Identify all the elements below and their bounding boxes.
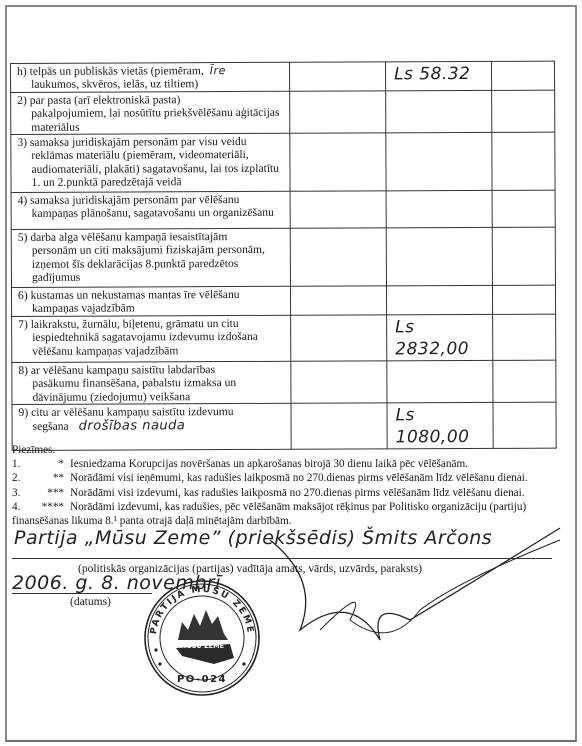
expense-col-4	[492, 190, 555, 227]
expense-description: 7) laikrakstu, žurnālu, biļetenu, grāmat…	[12, 315, 291, 362]
note-number: 4.	[12, 500, 34, 514]
expense-description: 8) ar vēlēšanu kampaņu saistītu labdarīb…	[12, 361, 291, 404]
expense-col-4	[492, 132, 555, 190]
note-item: 3.***Norādāmi visi izdevumi, kas radušie…	[12, 486, 572, 500]
expense-label-continued: kampaņas plānošanu, sagatavošanu un orga…	[18, 206, 286, 221]
expense-label-continued: laukumos, skvēros, ielās, uz tiltiem)	[17, 77, 285, 92]
date-caption: (datums)	[70, 596, 111, 608]
table-row: 7) laikrakstu, žurnālu, biļetenu, grāmat…	[12, 314, 556, 362]
note-item: 2.**Norādāmi visi ieņēmumi, kas radušies…	[12, 471, 572, 485]
expenses-table: h) telpās un publiskās vietās (piemēram,…	[10, 61, 557, 452]
table-row: 8) ar vēlēšanu kampaņu saistītu labdarīb…	[12, 360, 556, 405]
note-number: 3.	[12, 486, 34, 500]
table-row: 6) kustamas un nekustamas mantas īre vēl…	[11, 285, 555, 316]
expense-label-continued: reklāmas materiālu (piemēram, videomater…	[17, 148, 285, 189]
expense-amount	[386, 90, 492, 133]
expense-label: 7) laikrakstu, žurnālu, biļetenu, grāmat…	[18, 317, 286, 332]
expense-amount	[386, 190, 492, 227]
expense-label-continued: pakalpojumiem, lai nosūtītu priekšvēlēša…	[17, 106, 285, 134]
expense-col-4	[493, 314, 556, 360]
expense-amount	[386, 285, 492, 314]
note-stars: *	[34, 457, 70, 471]
handwritten-note: Īre	[210, 64, 226, 77]
expense-label: 6) kustamas un nekustamas mantas īre vēl…	[18, 288, 286, 303]
expense-col-4	[492, 90, 555, 132]
expense-col-2	[290, 91, 386, 134]
expense-col-2	[290, 228, 386, 286]
date-line	[12, 593, 152, 594]
expense-col-4	[493, 402, 556, 448]
expense-label-continued: kampaņas vajadzībām	[18, 301, 286, 316]
expense-description: 5) darba alga vēlēšanu kampaņā iesaistīt…	[11, 228, 290, 287]
handwritten-note: drošības nauda	[79, 418, 186, 433]
expense-amount: Ls 2832,00	[387, 314, 493, 360]
expense-col-4	[492, 227, 555, 285]
expense-col-2	[291, 315, 387, 361]
note-item: 4.****Norādāmi izdevumi, kas radušies, p…	[12, 500, 572, 514]
note-stars: ***	[34, 486, 70, 500]
expense-col-2	[290, 286, 386, 315]
notes-section: Piezīmes. 1.*Iesniedzama Korupcijas novē…	[12, 443, 572, 528]
table-row: 3) samaksa juridiskajām personām par vis…	[11, 132, 555, 192]
svg-text:PO-024: PO-024	[177, 674, 227, 685]
expense-amount	[386, 227, 492, 285]
party-stamp-icon: PARTIJA MŪSU ZEME MUSU ZEME PO-024	[142, 578, 262, 698]
note-text: Norādāmi izdevumi, kas radušies, pēc vēl…	[70, 500, 526, 514]
expense-label: 4) samaksa juridiskajām personām par vēl…	[18, 193, 286, 208]
table-row: 2) par pasta (arī elektroniskā pasta)pak…	[11, 90, 555, 135]
table-row: 5) darba alga vēlēšanu kampaņā iesaistīt…	[11, 227, 555, 287]
expense-description: 2) par pasta (arī elektroniskā pasta)pak…	[11, 91, 290, 134]
expense-description: 4) samaksa juridiskajām personām par vēl…	[11, 191, 290, 229]
note-item: 1.*Iesniedzama Korupcijas novēršanas un …	[12, 457, 572, 471]
expense-description: h) telpās un publiskās vietās (piemēram,…	[11, 62, 290, 92]
note-stars: ****	[34, 500, 70, 514]
note-text: Norādāmi visi izdevumi, kas radušies lai…	[70, 486, 525, 500]
expense-description: 6) kustamas un nekustamas mantas īre vēl…	[11, 286, 290, 316]
expense-label-continued: personām un citi maksājumi fiziskajām pe…	[18, 243, 286, 284]
svg-text:MUSU ZEME: MUSU ZEME	[180, 642, 224, 650]
expense-amount: Ls 58.32	[385, 61, 491, 90]
notes-title: Piezīmes.	[12, 443, 572, 457]
note-number: 2.	[12, 471, 34, 485]
signature-flourish-icon	[260, 520, 580, 670]
expense-label: 3) samaksa juridiskajām personām par vis…	[17, 135, 285, 150]
expense-col-2	[289, 62, 385, 91]
expense-description: 3) samaksa juridiskajām personām par vis…	[11, 133, 290, 192]
note-number: 1.	[12, 457, 34, 471]
expense-label: 5) darba alga vēlēšanu kampaņā iesaistīt…	[18, 230, 286, 245]
note-text: Iesniedzama Korupcijas novēršanas un apk…	[70, 457, 468, 471]
expense-label-continued: iespiedtehnikā sagatavojamu izdevumu izd…	[18, 330, 286, 358]
expense-label: h) telpās un publiskās vietās (piemēram,…	[17, 64, 285, 79]
expense-col-2	[290, 191, 386, 228]
expense-col-2	[290, 133, 386, 191]
expense-label: 8) ar vēlēšanu kampaņu saistītu labdarīb…	[18, 363, 286, 378]
note-stars: **	[34, 471, 70, 485]
table-row: 4) samaksa juridiskajām personām par vēl…	[11, 190, 555, 229]
note-text: Norādāmi visi ieņēmumi, kas radušies lai…	[70, 471, 528, 485]
expense-label-continued: segšanadrošības nauda	[19, 418, 287, 433]
expense-label: 2) par pasta (arī elektroniskā pasta)	[17, 93, 285, 108]
expense-col-4	[492, 285, 555, 314]
expense-label-continued: pasākumu finansēšana, pabalstu izmaksa u…	[18, 376, 286, 404]
table-row: h) telpās un publiskās vietās (piemēram,…	[11, 61, 555, 92]
expense-col-2	[291, 361, 387, 404]
expense-col-4	[493, 360, 556, 402]
expense-amount	[387, 360, 493, 403]
expense-col-4	[491, 61, 554, 90]
expense-amount	[386, 132, 492, 190]
